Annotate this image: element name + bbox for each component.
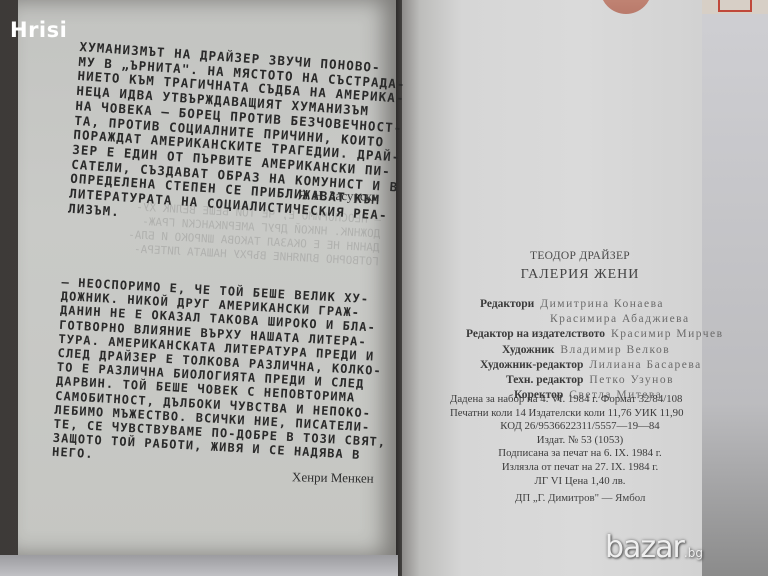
pub-line: Излязла от печат на 27. IX. 1984 г. — [450, 461, 710, 475]
book-author: ТЕОДОР ДРАЙЗЕР — [455, 250, 705, 262]
pub-line: КОД 26/9536622311/5557—19—84 — [450, 420, 710, 434]
right-page — [402, 0, 702, 576]
quote-author-mencken: Хенри Менкен — [292, 469, 374, 486]
pub-line: ЛГ VI Цена 1,40 лв. — [450, 475, 710, 489]
credit-row: Художник-редакторЛилиана Басарева — [480, 358, 740, 373]
credits-list: РедакториДимитрина Конаева Красимира Аба… — [480, 297, 740, 403]
pub-line: Дадена за набор на 4. VI. 1984 г. Формат… — [450, 393, 710, 407]
publication-details: Дадена за набор на 4. VI. 1984 г. Формат… — [450, 393, 710, 488]
watermark-label: Hrisi — [10, 18, 67, 42]
credit-row: ХудожникВладимир Велков — [480, 343, 740, 358]
credit-row: Красимира Абаджиева — [480, 312, 740, 327]
bazar-logo: bazar.bg — [605, 530, 703, 565]
background-surface — [700, 0, 768, 576]
quote-author-zasurski: Я. Н. Засурски — [298, 187, 379, 204]
credit-row: Техн. редакторПетко Узунов — [480, 373, 740, 388]
quote-mencken: — НЕОСПОРИМО Е, ЧЕ ТОЙ БЕШЕ ВЕЛИК ХУ- ДО… — [52, 275, 382, 477]
colophon-header: ТЕОДОР ДРАЙЗЕР ГАЛЕРИЯ ЖЕНИ — [455, 250, 705, 283]
pub-line: Подписана за печат на 6. IX. 1984 г. — [450, 447, 710, 461]
book-bottom-edge — [0, 555, 398, 576]
pub-line: Издат. № 53 (1053) — [450, 434, 710, 448]
quote-zasurski: ХУМАНИЗМЪТ НА ДРАЙЗЕР ЗВУЧИ ПОНОВО- МУ В… — [68, 40, 400, 238]
pub-line: Печатни коли 14 Издателски коли 11,76 УИ… — [450, 407, 710, 421]
book-title: ГАЛЕРИЯ ЖЕНИ — [455, 267, 705, 283]
printer-line: ДП „Г. Димитров" — Ямбол — [515, 492, 645, 504]
tablecloth-pattern — [700, 0, 768, 14]
credit-row: Редактор на издателствотоКрасимир Мирчев — [466, 327, 740, 342]
credit-row: РедакториДимитрина Конаева — [480, 297, 740, 312]
